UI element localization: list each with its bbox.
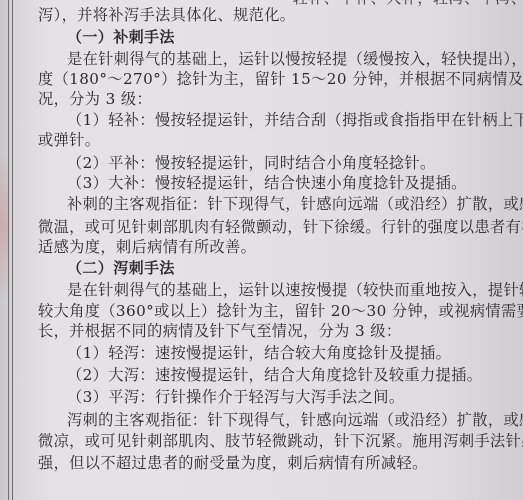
list-item-even-reduce: （3）平泻：行针操作介于轻泻与大泻手法之间。 [67, 387, 523, 407]
body-line: 泻），并将补泻手法具体化、规范化。 [38, 5, 508, 25]
list-item-strong-tonify: （3）大补：慢按轻提运针，结合快速小角度捻针及提插。 [67, 173, 523, 193]
list-item-continuation: 或弹针。 [38, 130, 508, 150]
section-heading-tonifying: （一）补刺手法 [67, 27, 523, 47]
list-item-even-tonify: （2）平补：慢按轻提运针，同时结合小角度轻捻针。 [67, 153, 523, 173]
book-page: 轻补、平补、大补，轻泻、平泻、大泻；平补平 泻），并将补泻手法具体化、规范化。 … [0, 0, 523, 500]
paragraph-line: 长，并根据不同的病情及针下气至情况，分为 3 级： [38, 321, 508, 341]
paragraph-line: 况，分为 3 级： [38, 89, 508, 109]
list-item-light-tonify: （1）轻补：慢按轻提运针，并结合刮（拇指或食指指甲在针柄上下刮动） [67, 110, 523, 130]
paragraph-line: 补刺的主客观指征：针下现得气，针感向远端（或沿经）扩散，或感针下 [67, 194, 523, 214]
paragraph-line: 微温，或可见针刺部肌肉有轻微颤动，针下徐缓。行针的强度以患者有相对舒 [38, 217, 508, 237]
paragraph-line: 是在针刺得气的基础上，运针以慢按轻提（缓慢按入，轻快提出），小角 [67, 49, 523, 69]
paragraph-line: 适感为度，刺后病情有所改善。 [38, 237, 508, 257]
section-heading-reducing: （二）泻刺手法 [67, 258, 523, 278]
paragraph-line: 微凉，或可见针刺部肌肉、肢节轻微跳动，针下沉紧。施用泻刺手法针感较 [38, 431, 508, 451]
list-item-strong-reduce: （2）大泻：速按慢提运针，结合大角度捻针及较重力提插。 [67, 365, 523, 385]
list-item-light-reduce: （1）轻泻：速按慢提运针，结合较大角度捻针及提插。 [67, 343, 523, 363]
paragraph-line: 是在针刺得气的基础上，运针以速按慢提（较快而重地按入，提针较慢）， [67, 280, 523, 300]
paragraph-line: 较大角度（360°或以上）捻针为主，留针 20～30 分钟，或视病情需要适当延 [38, 301, 508, 321]
paragraph-line: 泻刺的主客观指征：针下现得气，针感向远端（或沿经）扩散，或感针下 [67, 410, 523, 430]
paragraph-line: 强，但以不超过患者的耐受量为度，刺后病情有所减轻。 [38, 453, 508, 473]
paragraph-line: 度（180°～270°）捻针为主，留针 15～20 分钟，并根据不同病情及针下气… [38, 69, 508, 89]
